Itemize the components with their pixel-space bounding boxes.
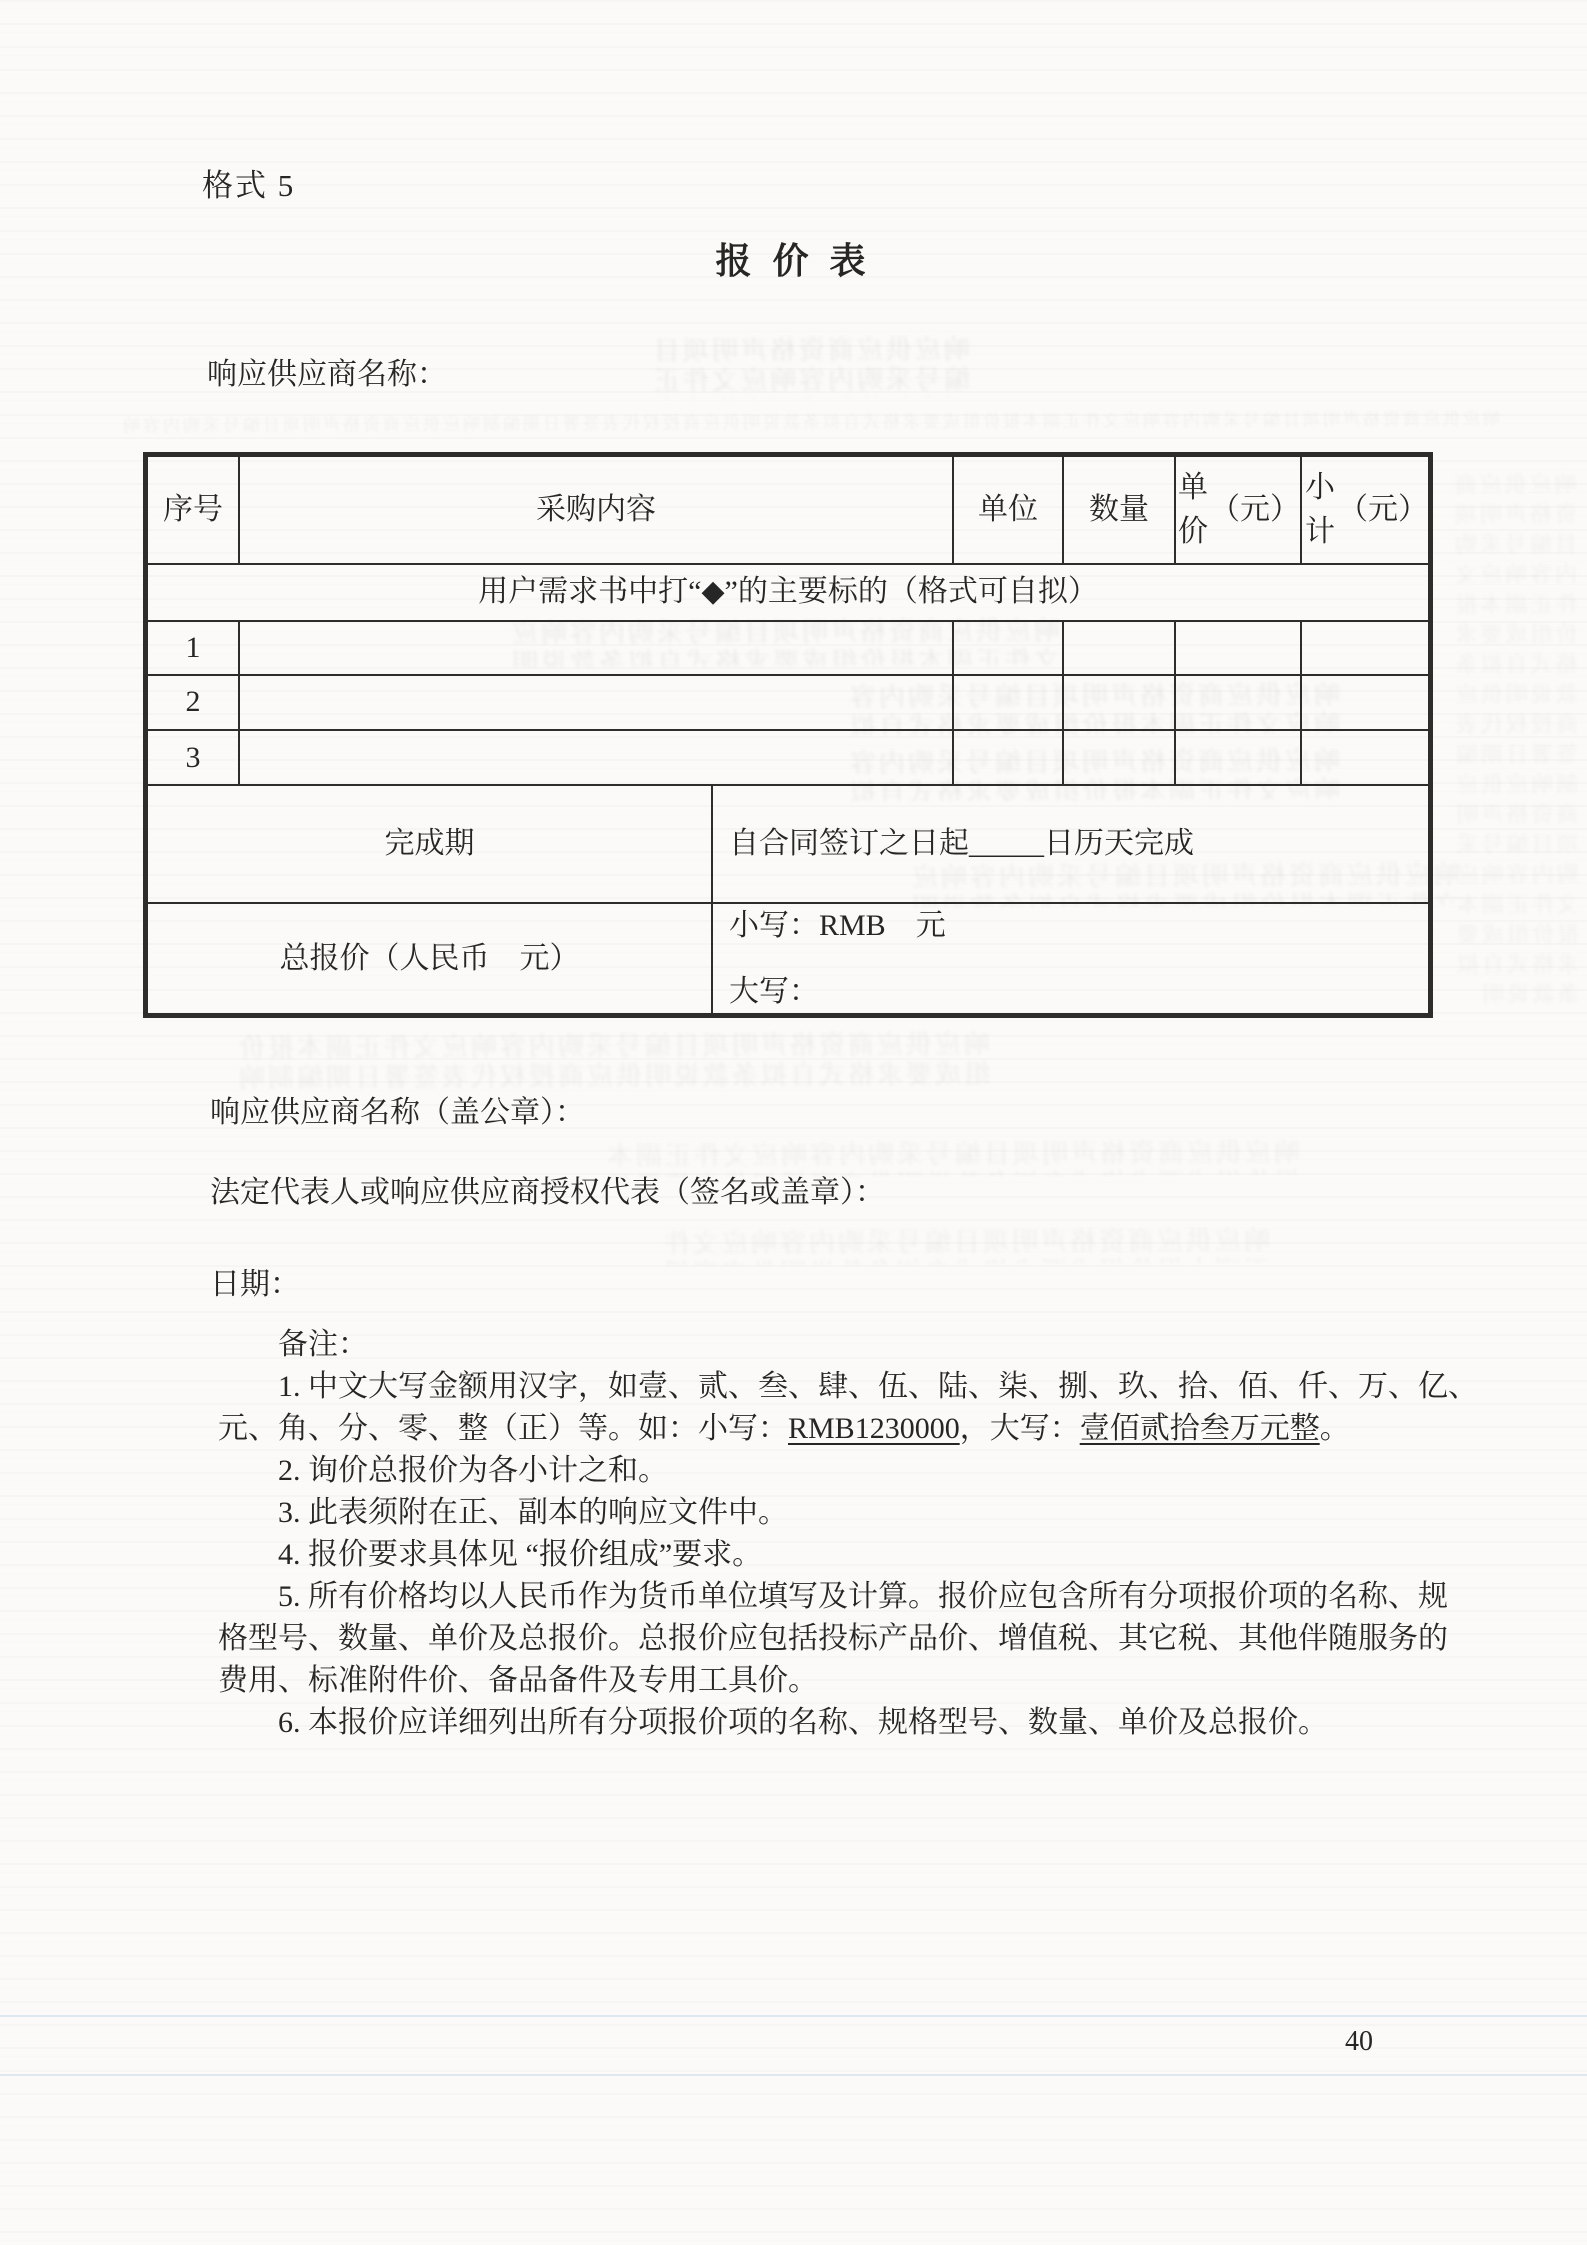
note-1b-end: 。 (1320, 1412, 1350, 1445)
note-line-6: 6. 本报价应详细列出所有分项报价项的名称、规格型号、数量、单价及总报价。 (278, 1708, 1328, 1738)
supplier-seal-label: 响应供应商名称（盖公章）： (210, 1098, 585, 1128)
col-header-quantity: 数量 (1064, 457, 1176, 563)
empty-cell (1302, 622, 1428, 674)
col-header-no: 序号 (148, 457, 240, 563)
empty-cell (240, 676, 954, 729)
row-number-cell: 3 (148, 731, 240, 785)
note-1b-figures-underlined: RMB1230000 (788, 1412, 960, 1445)
empty-cell (1302, 676, 1428, 729)
empty-cell (240, 622, 954, 674)
table-header-row: 序号 采购内容 单位 数量 单价 （元） 小计 （元） (148, 457, 1428, 565)
row-number-cell: 1 (148, 622, 240, 674)
total-capital-label: 大写： (729, 970, 819, 1014)
empty-cell (1302, 731, 1428, 785)
quotation-table: 序号 采购内容 单位 数量 单价 （元） 小计 （元） 用户需求书中打“◆”的主… (143, 452, 1433, 1018)
note-line-5b: 格型号、数量、单价及总报价。总报价应包括投标产品价、增值税、其它税、其他伴随服务… (218, 1624, 1448, 1654)
note-line-5c: 费用、标准附件价、备品备件及专用工具价。 (218, 1666, 818, 1696)
table-row: 2 (148, 676, 1428, 731)
col-header-subtotal: 小计 （元） (1302, 457, 1428, 563)
total-small-figure-label: 小写：RMB 元 (729, 904, 946, 948)
date-label: 日期： (210, 1270, 300, 1300)
table-row: 1 (148, 622, 1428, 676)
note-line-3: 3. 此表须附在正、副本的响应文件中。 (278, 1498, 788, 1528)
table-row: 3 (148, 731, 1428, 787)
unit-price-line2: （元） (1210, 488, 1300, 532)
completion-row: 完成期 自合同签订之日起_____日历天完成 (148, 786, 1428, 904)
merged-note-row: 用户需求书中打“◆”的主要标的（格式可自拟） (148, 565, 1428, 622)
note-line-1b: 元、角、分、零、整（正）等。如：小写：RMB1230000，大写：壹佰贰拾叁万元… (218, 1414, 1350, 1444)
subtotal-line2: （元） (1338, 488, 1428, 532)
total-price-row: 总报价（人民币 元） 小写：RMB 元 大写： (148, 904, 1428, 1013)
page-number: 40 (1345, 2028, 1373, 2056)
total-price-label: 总报价（人民币 元） (148, 904, 713, 1013)
total-price-values: 小写：RMB 元 大写： (713, 904, 1428, 1013)
scanner-line (0, 2015, 1587, 2017)
row-number-cell: 2 (148, 676, 240, 729)
empty-cell (1064, 731, 1176, 785)
note-1b-mid: ，大写： (960, 1412, 1080, 1445)
note-line-1a: 1. 中文大写金额用汉字，如壹、贰、叁、肆、伍、陆、柒、捌、玖、拾、佰、仟、万、… (278, 1372, 1478, 1402)
page-title: 报 价 表 (0, 243, 1587, 279)
empty-cell (1176, 622, 1302, 674)
completion-label: 完成期 (148, 786, 713, 902)
note-1b-pre: 元、角、分、零、整（正）等。如：小写： (218, 1412, 788, 1445)
col-header-unit: 单位 (954, 457, 1064, 563)
empty-cell (1176, 731, 1302, 785)
empty-cell (1176, 676, 1302, 729)
empty-cell (954, 622, 1064, 674)
merged-note: 用户需求书中打“◆”的主要标的（格式可自拟） (148, 565, 1428, 620)
empty-cell (954, 676, 1064, 729)
bleed-through-ghost: 响应供应商资格声明项目编号采购内容响应文件正副本报价组成要求格式自拟条款说明供应… (230, 1030, 990, 1092)
scanner-line (0, 2074, 1587, 2076)
note-1b-capital-underlined: 壹佰贰拾叁万元整 (1080, 1412, 1320, 1445)
completion-value: 自合同签订之日起_____日历天完成 (713, 786, 1428, 902)
col-header-content: 采购内容 (240, 457, 954, 563)
empty-cell (1064, 676, 1176, 729)
notes-heading: 备注： (278, 1330, 368, 1360)
note-line-2: 2. 询价总报价为各小计之和。 (278, 1456, 668, 1486)
note-line-5a: 5. 所有价格均以人民币作为货币单位填写及计算。报价应包含所有分项报价项的名称、… (278, 1582, 1448, 1612)
scanned-document-page: 响应供应商资格声明项目编号采购内容响应文件正副本报价组成要求格式自拟条款说明供应… (0, 0, 1587, 2245)
subtotal-line1: 小计 (1302, 466, 1338, 553)
bleed-through-ghost: 响应供应商资格声明项目编号采购内容响应文件正副本报价组成要求格式自拟条款说明供应… (600, 1138, 1300, 1178)
unit-price-line1: 单价 (1176, 466, 1210, 553)
bleed-through-ghost: 响应供应商资格声明项目编号采购内容响应文件正副本报价组成要求格式自拟条款说明供应… (650, 1226, 1270, 1265)
bleed-through-ghost: 响应供应商资格声明项目编号采购内容响应文件正副本报价组成要求格式自拟条款说明供应… (120, 404, 1500, 435)
empty-cell (1064, 622, 1176, 674)
bleed-through-ghost: 响应供应商资格声明项目编号采购内容响应文件正副本报价组成要求格式自拟条款说明供应… (1437, 470, 1580, 1031)
empty-cell (240, 731, 954, 785)
note-line-4: 4. 报价要求具体见 “报价组成”要求。 (278, 1540, 762, 1570)
bleed-through-ghost: 响应供应商资格声明项目编号采购内容响应文件正副本报价组成要求格式自拟条款说明供应… (640, 335, 970, 399)
representative-signature-label: 法定代表人或响应供应商授权代表（签名或盖章）： (210, 1178, 885, 1208)
supplier-name-label: 响应供应商名称： (207, 360, 447, 390)
col-header-unit-price: 单价 （元） (1176, 457, 1302, 563)
format-label: 格式 5 (202, 170, 295, 201)
empty-cell (954, 731, 1064, 785)
